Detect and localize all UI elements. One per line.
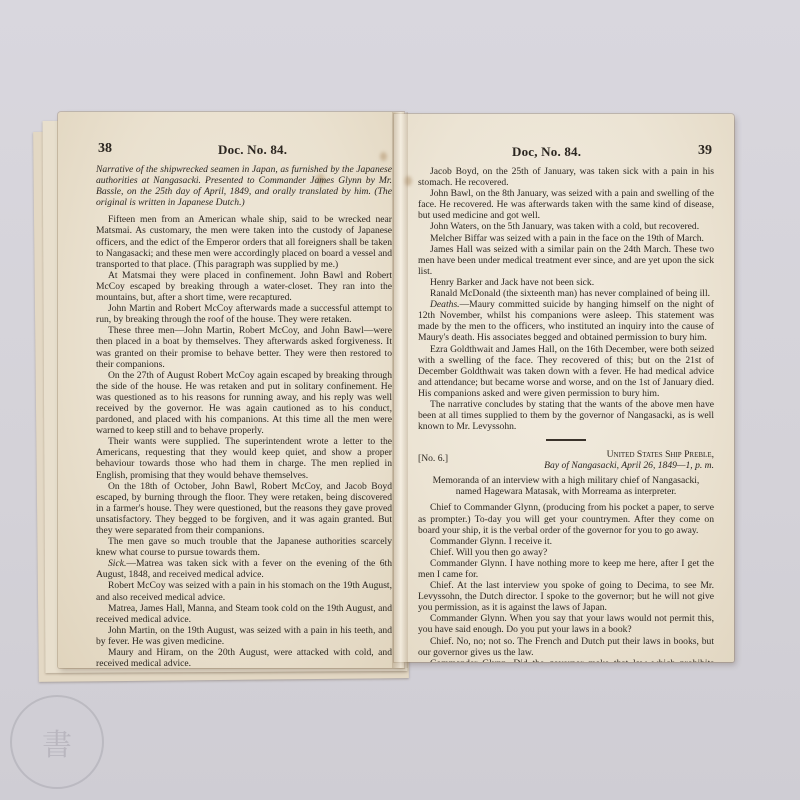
paragraph: On the 27th of August Robert McCoy again…: [96, 370, 392, 437]
dialogue-line: Commander Glynn. I have nothing more to …: [418, 558, 714, 580]
paragraph: These three men—John Martin, Robert McCo…: [96, 325, 392, 369]
memoranda-title: Memoranda of an interview with a high mi…: [430, 475, 702, 497]
paragraph: John Martin, on the 19th August, was sei…: [96, 625, 392, 647]
place-date: Bay of Nangasacki, April 26, 1849—1, p. …: [544, 460, 714, 471]
paragraph: Melcher Biffar was seized with a pain in…: [418, 233, 714, 244]
dialogue-line: Chief. No, no; not so. The French and Du…: [418, 636, 714, 658]
deaths-section: Deaths.—Maury committed suicide by hangi…: [418, 299, 714, 343]
dialogue-line: Commander Glynn. Did the governor make t…: [418, 658, 714, 662]
paragraph: Henry Barker and Jack have not been sick…: [418, 277, 714, 288]
sick-label: Sick.: [108, 558, 126, 569]
left-page-body: Narrative of the shipwrecked seamen in J…: [96, 164, 392, 668]
ship-name: United States Ship Preble,: [607, 449, 714, 460]
paragraph: Their wants were supplied. The superinte…: [96, 436, 392, 480]
paragraph: Matrea, James Hall, Manna, and Steam too…: [96, 603, 392, 625]
intro-text: Narrative of the shipwrecked seamen in J…: [96, 164, 392, 197]
dialogue-line: Chief to Commander Glynn, (producing fro…: [418, 502, 714, 535]
letter-heading: [No. 6.] United States Ship Preble, Bay …: [418, 449, 714, 473]
paragraph: On the 18th of October, John Bawl, Rober…: [96, 481, 392, 536]
paragraph: The men gave so much trouble that the Ja…: [96, 536, 392, 558]
sick-text: —Matrea was taken sick with a fever on t…: [96, 558, 392, 580]
paragraph: The narrative concludes by stating that …: [418, 399, 714, 432]
section-divider: [546, 439, 586, 441]
right-page: Doc, No. 84. 39 Jacob Boyd, on the 25th …: [394, 114, 734, 662]
foxing-stain: [380, 152, 387, 161]
page-number: 39: [698, 143, 712, 159]
paragraph: Ezra Goldthwait and James Hall, on the 1…: [418, 344, 714, 399]
sick-section: Sick.—Matrea was taken sick with a fever…: [96, 558, 392, 580]
book-gutter: [392, 112, 408, 668]
paragraph: John Waters, on the 5th January, was tak…: [418, 221, 714, 232]
seal-watermark: 書: [10, 695, 104, 789]
dialogue-line: Commander Glynn. I receive it.: [418, 536, 714, 547]
paragraph: John Martin and Robert McCoy afterwards …: [96, 303, 392, 325]
running-head: Doc. No. 84.: [218, 142, 287, 158]
left-page: 38 Doc. No. 84. Narrative of the shipwre…: [58, 112, 404, 668]
paragraph: James Hall was seized with a similar pai…: [418, 244, 714, 277]
page-number: 38: [98, 141, 112, 157]
deaths-label: Deaths.: [430, 299, 460, 310]
paragraph: Fifteen men from an American whale ship,…: [96, 214, 392, 269]
paragraph: John Bawl, on the 8th January, was seize…: [418, 188, 714, 221]
paragraph: Ranald McDonald (the sixteenth man) has …: [418, 288, 714, 299]
paragraph: Robert McCoy was seized with a pain in h…: [96, 580, 392, 602]
right-page-body: Jacob Boyd, on the 25th of January, was …: [418, 166, 714, 662]
paragraph: At Matsmai they were placed in confineme…: [96, 270, 392, 303]
running-head: Doc, No. 84.: [512, 144, 581, 160]
document-number: [No. 6.]: [418, 453, 448, 464]
paragraph: Maury and Hiram, on the 20th August, wer…: [96, 647, 392, 668]
paragraph: Jacob Boyd, on the 25th of January, was …: [418, 166, 714, 188]
dialogue-line: Chief. Will you then go away?: [418, 547, 714, 558]
dialogue-line: Chief. At the last interview you spoke o…: [418, 580, 714, 613]
narrative-intro: Narrative of the shipwrecked seamen in J…: [96, 164, 392, 208]
deaths-text: —Maury committed suicide by hanging hims…: [418, 299, 714, 343]
dialogue-line: Commander Glynn. When you say that your …: [418, 613, 714, 635]
